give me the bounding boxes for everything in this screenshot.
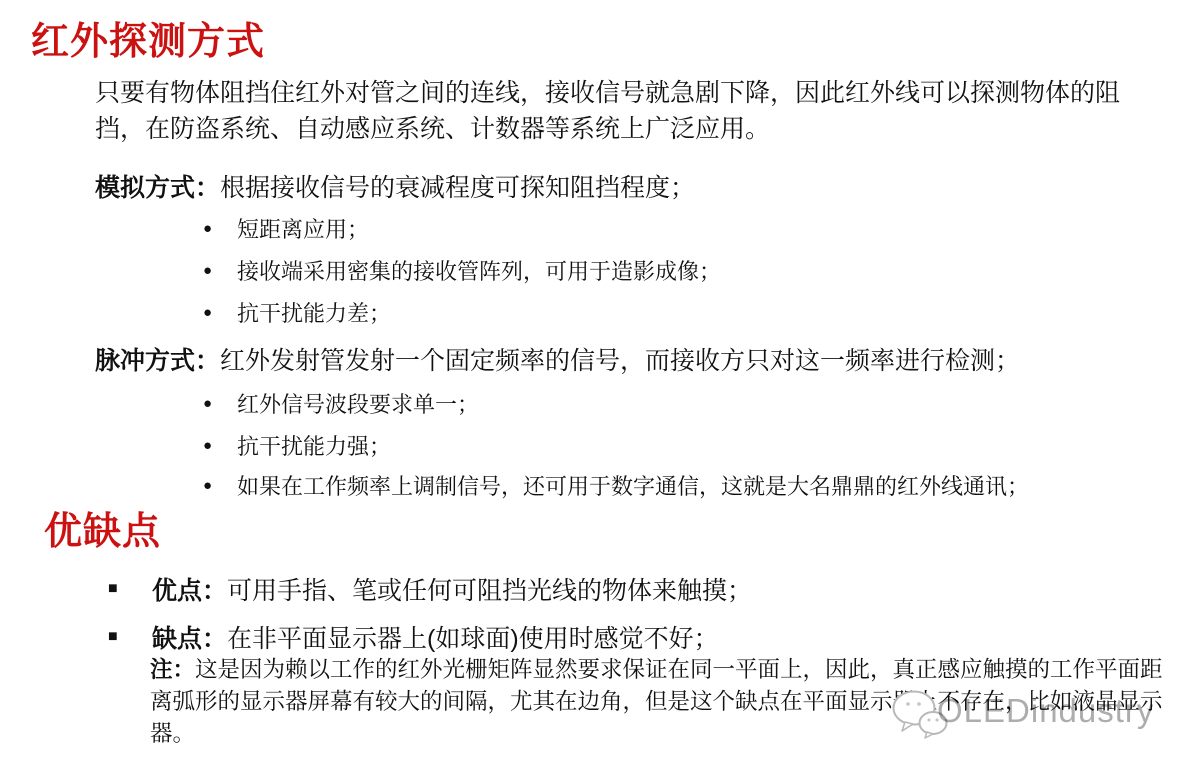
note-label: 注： (150, 657, 195, 682)
heading-detection-method: 红外探测方式 (31, 10, 265, 65)
bullet-text: 如果在工作频率上调制信号，还可用于数字通信，这就是大名鼎鼎的红外线通讯； (237, 470, 1029, 501)
bullet-dot-icon: ● (203, 221, 237, 236)
list-item: ● 抗干扰能力强； (203, 430, 391, 461)
watermark: OLEDindustry (891, 684, 1171, 754)
pulse-mode-desc: 红外发射管发射一个固定频率的信号，而接收方只对这一频率进行检测； (220, 347, 1020, 375)
bullet-dot-icon: ● (203, 438, 237, 453)
list-item: ● 如果在工作频率上调制信号，还可用于数字通信，这就是大名鼎鼎的红外线通讯； (203, 470, 1029, 501)
cons-item: ■ 缺点： 在非平面显示器上(如球面)使用时感觉不好； (108, 619, 719, 655)
watermark-text: OLEDindustry (937, 692, 1154, 730)
bullet-square-icon: ■ (108, 629, 152, 645)
bullet-text: 红外信号波段要求单一； (237, 388, 479, 419)
bullet-dot-icon: ● (203, 263, 237, 278)
bullet-text: 短距离应用； (237, 213, 369, 244)
pulse-mode-line: 脉冲方式：红外发射管发射一个固定频率的信号，而接收方只对这一频率进行检测； (95, 341, 1020, 377)
cons-text: 在非平面显示器上(如球面)使用时感觉不好； (227, 619, 719, 655)
bullet-dot-icon: ● (203, 305, 237, 320)
analog-mode-desc: 根据接收信号的衰减程度可探知阻挡程度； (220, 174, 695, 202)
list-item: ● 红外信号波段要求单一； (203, 388, 479, 419)
bullet-text: 抗干扰能力强； (237, 430, 391, 461)
pros-item: ■ 优点： 可用手指、笔或任何可阻挡光线的物体来触摸； (108, 571, 752, 607)
slide: 红外探测方式 只要有物体阻挡住红外对管之间的连线，接收信号就急剧下降，因此红外线… (0, 0, 1185, 761)
pulse-mode-label: 脉冲方式： (95, 347, 220, 375)
list-item: ● 抗干扰能力差； (203, 297, 391, 328)
analog-mode-label: 模拟方式： (95, 174, 220, 202)
intro-paragraph: 只要有物体阻挡住红外对管之间的连线，接收信号就急剧下降，因此红外线可以探测物体的… (95, 75, 1143, 147)
analog-mode-line: 模拟方式：根据接收信号的衰减程度可探知阻挡程度； (95, 168, 695, 204)
pros-text: 可用手指、笔或任何可阻挡光线的物体来触摸； (227, 571, 752, 607)
bullet-dot-icon: ● (203, 478, 237, 493)
pros-label: 优点： (152, 571, 227, 607)
heading-pros-cons: 优缺点 (44, 500, 161, 555)
list-item: ● 接收端采用密集的接收管阵列，可用于造影成像； (203, 255, 721, 286)
cons-label: 缺点： (152, 619, 227, 655)
bullet-square-icon: ■ (108, 581, 152, 597)
list-item: ● 短距离应用； (203, 213, 369, 244)
bullet-dot-icon: ● (203, 396, 237, 411)
bullet-text: 接收端采用密集的接收管阵列，可用于造影成像； (237, 255, 721, 286)
bullet-text: 抗干扰能力差； (237, 297, 391, 328)
